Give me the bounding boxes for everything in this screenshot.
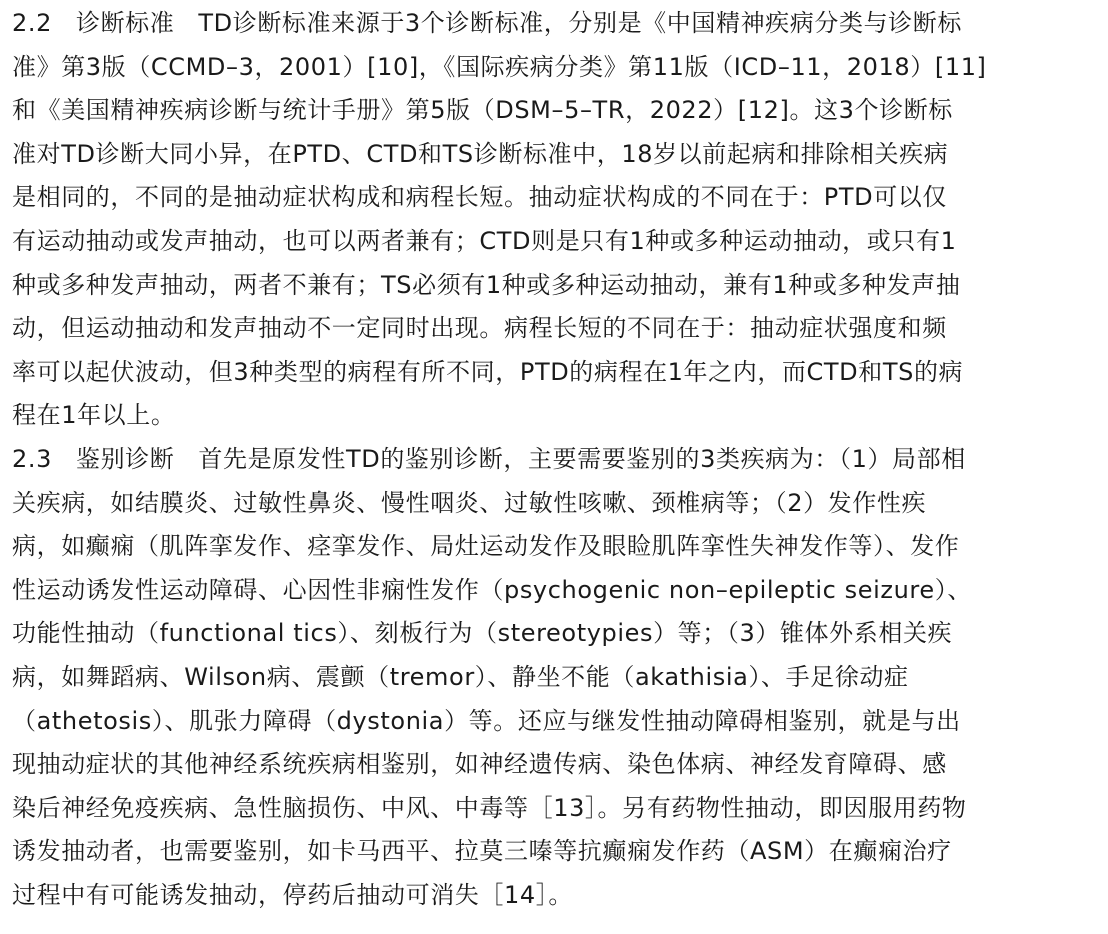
text-line: 关疾病，如结膜炎、过敏性鼻炎、慢性咽炎、过敏性咳嗽、颈椎病等；（2）发作性疾 <box>12 482 1102 526</box>
text-line: 功能性抽动（functional tics）、刻板行为（stereotypies… <box>12 612 1102 656</box>
text-line: 准对TD诊断大同小异，在PTD、CTD和TS诊断标准中，18岁以前起病和排除相关… <box>12 133 1102 177</box>
section-title: 鉴别诊断 <box>76 445 174 473</box>
section-differential-diagnosis: 2.3鉴别诊断首先是原发性TD的鉴别诊断，主要需要鉴别的3类疾病为：（1）局部相… <box>12 438 1102 918</box>
document-body: 2.2诊断标准TD诊断标准来源于3个诊断标准，分别是《中国精神疾病分类与诊断标 … <box>12 2 1102 917</box>
text-line: 动，但运动抽动和发声抽动不一定同时出现。病程长短的不同在于：抽动症状强度和频 <box>12 307 1102 351</box>
text-line: 种或多种发声抽动，两者不兼有；TS必须有1种或多种运动抽动，兼有1种或多种发声抽 <box>12 264 1102 308</box>
section-number: 2.3 <box>12 445 52 473</box>
paragraph-text: 首先是原发性TD的鉴别诊断，主要需要鉴别的3类疾病为：（1）局部相 <box>198 445 965 473</box>
text-line: （athetosis）、肌张力障碍（dystonia）等。还应与继发性抽动障碍相… <box>12 700 1102 744</box>
text-line: 诱发抽动者，也需要鉴别，如卡马西平、拉莫三嗪等抗癫痫发作药（ASM）在癫痫治疗 <box>12 830 1102 874</box>
text-line: 2.3鉴别诊断首先是原发性TD的鉴别诊断，主要需要鉴别的3类疾病为：（1）局部相 <box>12 438 1102 482</box>
section-diagnostic-criteria: 2.2诊断标准TD诊断标准来源于3个诊断标准，分别是《中国精神疾病分类与诊断标 … <box>12 2 1102 438</box>
text-line: 病，如舞蹈病、Wilson病、震颤（tremor）、静坐不能（akathisia… <box>12 656 1102 700</box>
text-line: 有运动抽动或发声抽动，也可以两者兼有；CTD则是只有1种或多种运动抽动，或只有1 <box>12 220 1102 264</box>
paragraph-text: TD诊断标准来源于3个诊断标准，分别是《中国精神疾病分类与诊断标 <box>198 9 962 37</box>
text-line: 率可以起伏波动，但3种类型的病程有所不同，PTD的病程在1年之内，而CTD和TS… <box>12 351 1102 395</box>
text-line: 是相同的，不同的是抽动症状构成和病程长短。抽动症状构成的不同在于：PTD可以仅 <box>12 176 1102 220</box>
text-line: 染后神经免疫疾病、急性脑损伤、中风、中毒等［13］。另有药物性抽动，即因服用药物 <box>12 787 1102 831</box>
text-line: 和《美国精神疾病诊断与统计手册》第5版（DSM–5–TR，2022）[12]。这… <box>12 89 1102 133</box>
text-line: 程在1年以上。 <box>12 394 1102 438</box>
text-line: 性运动诱发性运动障碍、心因性非痫性发作（psychogenic non–epil… <box>12 569 1102 613</box>
text-line: 病，如癫痫（肌阵挛发作、痉挛发作、局灶运动发作及眼睑肌阵挛性失神发作等）、发作 <box>12 525 1102 569</box>
text-line: 过程中有可能诱发抽动，停药后抽动可消失［14］。 <box>12 874 1102 918</box>
text-line: 2.2诊断标准TD诊断标准来源于3个诊断标准，分别是《中国精神疾病分类与诊断标 <box>12 2 1102 46</box>
section-number: 2.2 <box>12 9 52 37</box>
text-line: 现抽动症状的其他神经系统疾病相鉴别，如神经遗传病、染色体病、神经发育障碍、感 <box>12 743 1102 787</box>
text-line: 准》第3版（CCMD–3，2001）[10]，《国际疾病分类》第11版（ICD–… <box>12 46 1102 90</box>
section-title: 诊断标准 <box>76 9 174 37</box>
